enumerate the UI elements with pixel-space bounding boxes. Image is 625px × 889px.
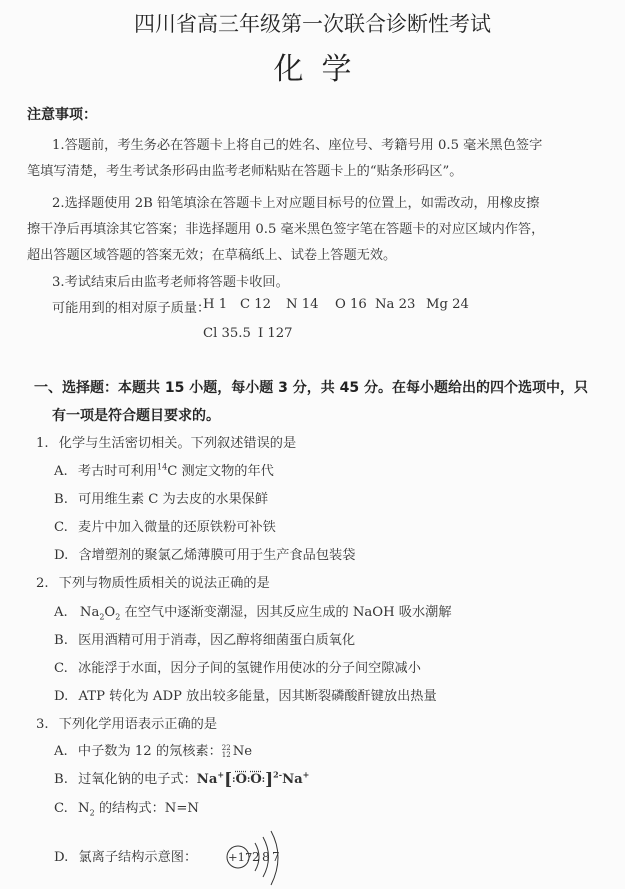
question-text: 下列与物质性质相关的说法正确的是 xyxy=(59,576,270,591)
option-text: 的结构式：N=N xyxy=(95,801,199,816)
option-label: A. xyxy=(54,605,68,620)
question-3-stem: 3. 下列化学用语表示正确的是 xyxy=(36,713,217,732)
formula-part: Na xyxy=(80,605,99,620)
q2-option-c[interactable]: C. 冰能浮于水面，因分子间的氢键作用使冰的分子间空隙减小 xyxy=(54,657,421,676)
exam-title: 四川省高三年级第一次联合诊断性考试 xyxy=(0,8,625,38)
shell-3-electrons: 7 xyxy=(272,850,280,864)
q2-option-b[interactable]: B. 医用酒精可用于消毒，因乙醇将细菌蛋白质氧化 xyxy=(54,629,355,648)
option-label: C. xyxy=(54,661,68,676)
subject-title: 化学 xyxy=(0,44,625,88)
option-text-cont: C 测定文物的年代 xyxy=(167,464,274,479)
q2-option-d[interactable]: D. ATP 转化为 ADP 放出较多能量，因其断裂磷酸酐键放出热量 xyxy=(54,685,437,704)
element-symbol: Ne xyxy=(233,744,252,759)
left-bracket: [ xyxy=(224,770,232,790)
notice-item-1-line2: 笔填写清楚，考生考试条形码由监考老师粘贴在答题卡上的“贴条形码区”。 xyxy=(27,160,462,179)
q1-option-d[interactable]: D. 含增塑剂的聚氯乙烯薄膜可用于生产食品包装袋 xyxy=(54,544,355,563)
charge-plus: + xyxy=(303,770,310,780)
question-2-stem: 2. 下列与物质性质相关的说法正确的是 xyxy=(36,572,270,591)
option-text: 医用酒精可用于消毒，因乙醇将细菌蛋白质氧化 xyxy=(78,633,355,648)
option-label: A. xyxy=(54,744,68,759)
option-text: 含增塑剂的聚氯乙烯薄膜可用于生产食品包装袋 xyxy=(79,548,356,563)
q1-option-a[interactable]: A. 考古时可利用14C 测定文物的年代 xyxy=(54,460,274,479)
sodium-symbol: Na xyxy=(197,772,218,787)
atomic-mass-cl: Cl 35.5 xyxy=(203,326,251,341)
atomic-number: 12 xyxy=(222,751,231,759)
q2-option-a[interactable]: A. Na2O2 在空气中逐渐变潮湿，因其反应生成的 NaOH 吸水潮解 xyxy=(54,601,452,620)
question-number: 1. xyxy=(36,436,49,451)
option-label: D. xyxy=(54,689,68,704)
option-text: 考古时可利用 xyxy=(78,464,157,479)
option-label: A. xyxy=(54,464,68,479)
atomic-mass-i: I 127 xyxy=(258,326,293,341)
atomic-mass-h: H 1 xyxy=(203,297,227,312)
question-text: 化学与生活密切相关。下列叙述错误的是 xyxy=(59,436,296,451)
nucleus-charge: +17 xyxy=(228,850,252,864)
right-bracket: ] xyxy=(265,770,273,790)
formula-part: N xyxy=(78,801,90,816)
electron-formula: Na+[:O:O:]2-Na+ xyxy=(197,772,310,787)
isotope-superscript: 14 xyxy=(157,463,167,472)
charge-2minus: 2- xyxy=(273,770,282,780)
shell-1-electrons: 2 xyxy=(252,850,260,864)
notice-item-1-line1: 1.答题前，考生务必在答题卡上将自己的姓名、座位号、考籍号用 0.5 毫米黑色签… xyxy=(52,134,542,153)
option-label: D. xyxy=(54,548,68,563)
option-text: 氯离子结构示意图： xyxy=(79,850,198,865)
q3-option-b[interactable]: B. 过氧化钠的电子式：Na+[:O:O:]2-Na+ xyxy=(54,768,309,790)
atomic-mass-o: O 16 xyxy=(335,297,367,312)
notice-heading: 注意事项： xyxy=(27,104,97,124)
atomic-mass-na: Na 23 xyxy=(375,297,415,312)
oxygen-symbol: O xyxy=(250,772,262,787)
formula-part: O xyxy=(104,605,115,620)
option-label: D. xyxy=(54,850,68,865)
notice-item-3-line1: 3.考试结束后由监考老师将答题卡收回。 xyxy=(52,271,289,290)
option-label: C. xyxy=(54,520,68,535)
q1-option-c[interactable]: C. 麦片中加入微量的还原铁粉可补铁 xyxy=(54,516,276,535)
option-label: B. xyxy=(54,492,68,507)
notice-item-2-line2: 擦干净后再填涂其它答案；非选择题用 0.5 毫米黑色签字笔在答题卡的对应区域内作… xyxy=(27,218,544,237)
question-1-stem: 1. 化学与生活密切相关。下列叙述错误的是 xyxy=(36,432,296,451)
question-number: 3. xyxy=(36,717,49,732)
oxygen-symbol: O xyxy=(235,772,247,787)
atomic-mass-c: C 12 xyxy=(240,297,271,312)
option-label: C. xyxy=(54,801,68,816)
section-heading-line2: 有一项是符合题目要求的。 xyxy=(52,405,220,425)
option-text: 过氧化钠的电子式： xyxy=(78,772,197,787)
notice-item-2-line1: 2.选择题使用 2B 铅笔填涂在答题卡上对应题目标号的位置上，如需改动，用橡皮擦 xyxy=(52,192,539,211)
option-text: ATP 转化为 ADP 放出较多能量，因其断裂磷酸酐键放出热量 xyxy=(79,689,437,704)
section-heading-line1: 一、选择题：本题共 15 小题，每小题 3 分，共 45 分。在每小题给出的四个… xyxy=(34,377,588,397)
question-number: 2. xyxy=(36,576,49,591)
question-text: 下列化学用语表示正确的是 xyxy=(59,717,217,732)
q3-option-d[interactable]: D. 氯离子结构示意图： xyxy=(54,846,197,865)
q3-option-a[interactable]: A. 中子数为 12 的氖核素：2212Ne xyxy=(54,740,252,759)
chloride-ion-diagram: +17 2 8 7 xyxy=(225,827,305,889)
option-text: 麦片中加入微量的还原铁粉可补铁 xyxy=(78,520,276,535)
atomic-mass-mg: Mg 24 xyxy=(426,297,469,312)
option-label: B. xyxy=(54,772,68,787)
sodium-symbol: Na xyxy=(282,772,303,787)
q3-option-c[interactable]: C. N2 的结构式：N=N xyxy=(54,797,199,816)
option-text: 中子数为 12 的氖核素： xyxy=(78,744,222,759)
notice-item-2-line3: 超出答题区域答题的答案无效；在草稿纸上、试卷上答题无效。 xyxy=(27,244,396,263)
nuclide-notation: 2212 xyxy=(222,745,231,759)
q1-option-b[interactable]: B. 可用维生素 C 为去皮的水果保鲜 xyxy=(54,488,268,507)
atomic-mass-n: N 14 xyxy=(286,297,319,312)
option-text: 冰能浮于水面，因分子间的氢键作用使冰的分子间空隙减小 xyxy=(78,661,421,676)
shell-2-electrons: 8 xyxy=(262,850,270,864)
option-label: B. xyxy=(54,633,68,648)
atomic-mass-label: 可能用到的相对原子质量： xyxy=(52,297,210,316)
option-text: 可用维生素 C 为去皮的水果保鲜 xyxy=(78,492,268,507)
option-text: 在空气中逐渐变潮湿，因其反应生成的 NaOH 吸水潮解 xyxy=(120,605,451,620)
